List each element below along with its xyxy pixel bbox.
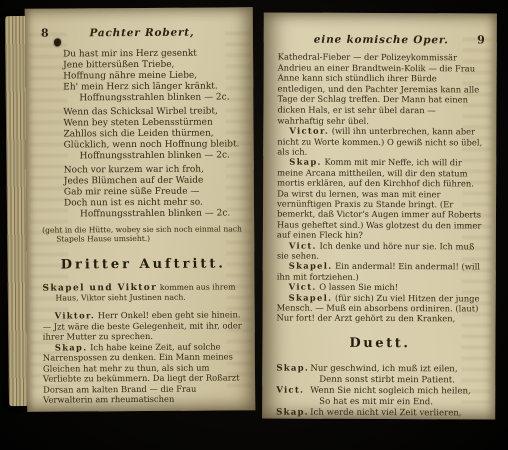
duet-line: Ich werde nicht viel Zeit verlieren, <box>310 408 461 419</box>
poem-stanza: Du hast mir ins Herz gesenkt Jene bitter… <box>63 48 243 104</box>
duet-line: Nur geschwind, ich muß izt eilen, <box>310 364 457 375</box>
duet-block: Skap. Nur geschwind, ich muß izt eilen, … <box>276 363 483 419</box>
duet-row: Skap. Ich werde nicht viel Zeit verliere… <box>276 407 483 419</box>
duet-line: Denn sonst stirbt mein Patient. <box>319 375 455 386</box>
dialogue-paragraph: Viktor. Herr Onkel! eben geht sie hinein… <box>43 309 245 342</box>
duet-line: Wenn Sie nicht sogleich mich heilen, <box>310 386 471 397</box>
speaker-name: Vict. <box>289 282 317 292</box>
right-page: eine komische Oper. 9 Kathedral-Fieber —… <box>262 12 497 419</box>
left-running-head: 8 Pachter Robert, <box>41 25 243 39</box>
poem-refrain: Hoffnungsstrahlen blinken — 2c. <box>80 150 244 162</box>
speaker-name: Victor. <box>289 126 329 136</box>
duet-speaker: Skap. <box>276 407 310 419</box>
duet-heading: Duett. <box>276 335 483 351</box>
duet-couplet: Wenn Sie nicht sogleich mich heilen, So … <box>310 386 483 409</box>
stanza-lines: Noch vor kurzem war ich froh, Jedes Blüm… <box>64 164 244 209</box>
dialogue-text: Komm mit mir Neffe, ich will dir meine A… <box>277 157 481 240</box>
stanza-lines: Du hast mir ins Herz gesenkt Jene bitter… <box>63 48 243 93</box>
dialogue-paragraph: Skapel. Ein andermal! Ein andermal! (wil… <box>277 261 484 283</box>
aria-poem: Du hast mir ins Herz gesenkt Jene bitter… <box>63 48 244 220</box>
left-page-number: 8 <box>41 26 59 39</box>
duet-couplet: Ich werde nicht viel Zeit verlieren, Sch… <box>310 408 483 420</box>
dialogue-block: Viktor. Herr Onkel! eben geht sie hinein… <box>43 309 246 405</box>
dialogue-paragraph: Skapel. (für sich) Zu viel Hitzen der ju… <box>277 292 484 324</box>
duet-line: Schon mein Blick macht ihn gesund. <box>319 419 478 420</box>
dialogue-paragraph: Skap. Komm mit mir Neffe, ich will dir m… <box>277 157 484 241</box>
exit-stage-direction: (geht in die Hütte, wobey sie sich noch … <box>42 224 244 244</box>
dialogue-paragraph: Skap. Ich habe keine Zeit, auf solche Na… <box>43 341 245 405</box>
book-spread-scan: 8 Pachter Robert, Du hast mir ins Herz g… <box>0 0 508 450</box>
dialogue-paragraph: Vict. Ich denke und höre nur sie. Ich mu… <box>277 240 484 262</box>
speaker-name: Skap. <box>289 157 322 167</box>
speaker-name: Vict. <box>289 240 317 250</box>
continuation-paragraph: Kathedral-Fieber — der Polizeykommissär … <box>277 52 484 127</box>
right-running-title: eine komische Oper. <box>296 34 467 47</box>
stanza-lines: Wenn das Schicksal Wirbel treibt, Wenn b… <box>63 106 243 151</box>
left-running-title: Pachter Robert, <box>59 26 225 39</box>
duet-row: Skap. Nur geschwind, ich muß izt eilen, … <box>276 363 483 386</box>
speaker-name: Viktor. <box>55 310 96 320</box>
dialogue-block: Victor. (will ihn unterbrechen, kann abe… <box>277 126 485 325</box>
dialogue-text: O lassen Sie mich! <box>317 282 399 292</box>
poem-refrain: Hoffnungsstrahlen blinken — 2c. <box>79 92 243 104</box>
speaker-name: Skapel. <box>289 292 333 302</box>
duet-row: Vict. Wenn Sie nicht sogleich mich heile… <box>276 385 483 408</box>
scene-heading: Dritter Auftritt. <box>42 256 244 272</box>
scene-direction: Skapel und Viktor kommen aus ihrem Haus,… <box>42 282 244 303</box>
right-page-number: 9 <box>467 33 485 46</box>
speaker-name: Skap. <box>55 342 88 352</box>
duet-line: So hat es mit mir ein End. <box>319 397 433 407</box>
poem-stanza: Wenn das Schicksal Wirbel treibt, Wenn b… <box>63 106 243 162</box>
scene-cast-names: Skapel und Viktor <box>42 283 157 294</box>
poem-refrain: Hoffnungsstrahlen blinken — 2c. <box>80 208 244 220</box>
right-running-head: eine komische Oper. 9 <box>278 33 485 47</box>
left-page: 8 Pachter Robert, Du hast mir ins Herz g… <box>25 7 255 411</box>
dialogue-paragraph: Victor. (will ihn unterbrechen, kann abe… <box>277 126 484 158</box>
duet-couplet: Nur geschwind, ich muß izt eilen, Denn s… <box>310 364 483 387</box>
poem-stanza: Noch vor kurzem war ich froh, Jedes Blüm… <box>64 164 244 220</box>
duet-speaker: Skap. <box>276 363 310 385</box>
speaker-name: Skapel. <box>289 261 333 271</box>
duet-speaker: Vict. <box>276 385 310 407</box>
